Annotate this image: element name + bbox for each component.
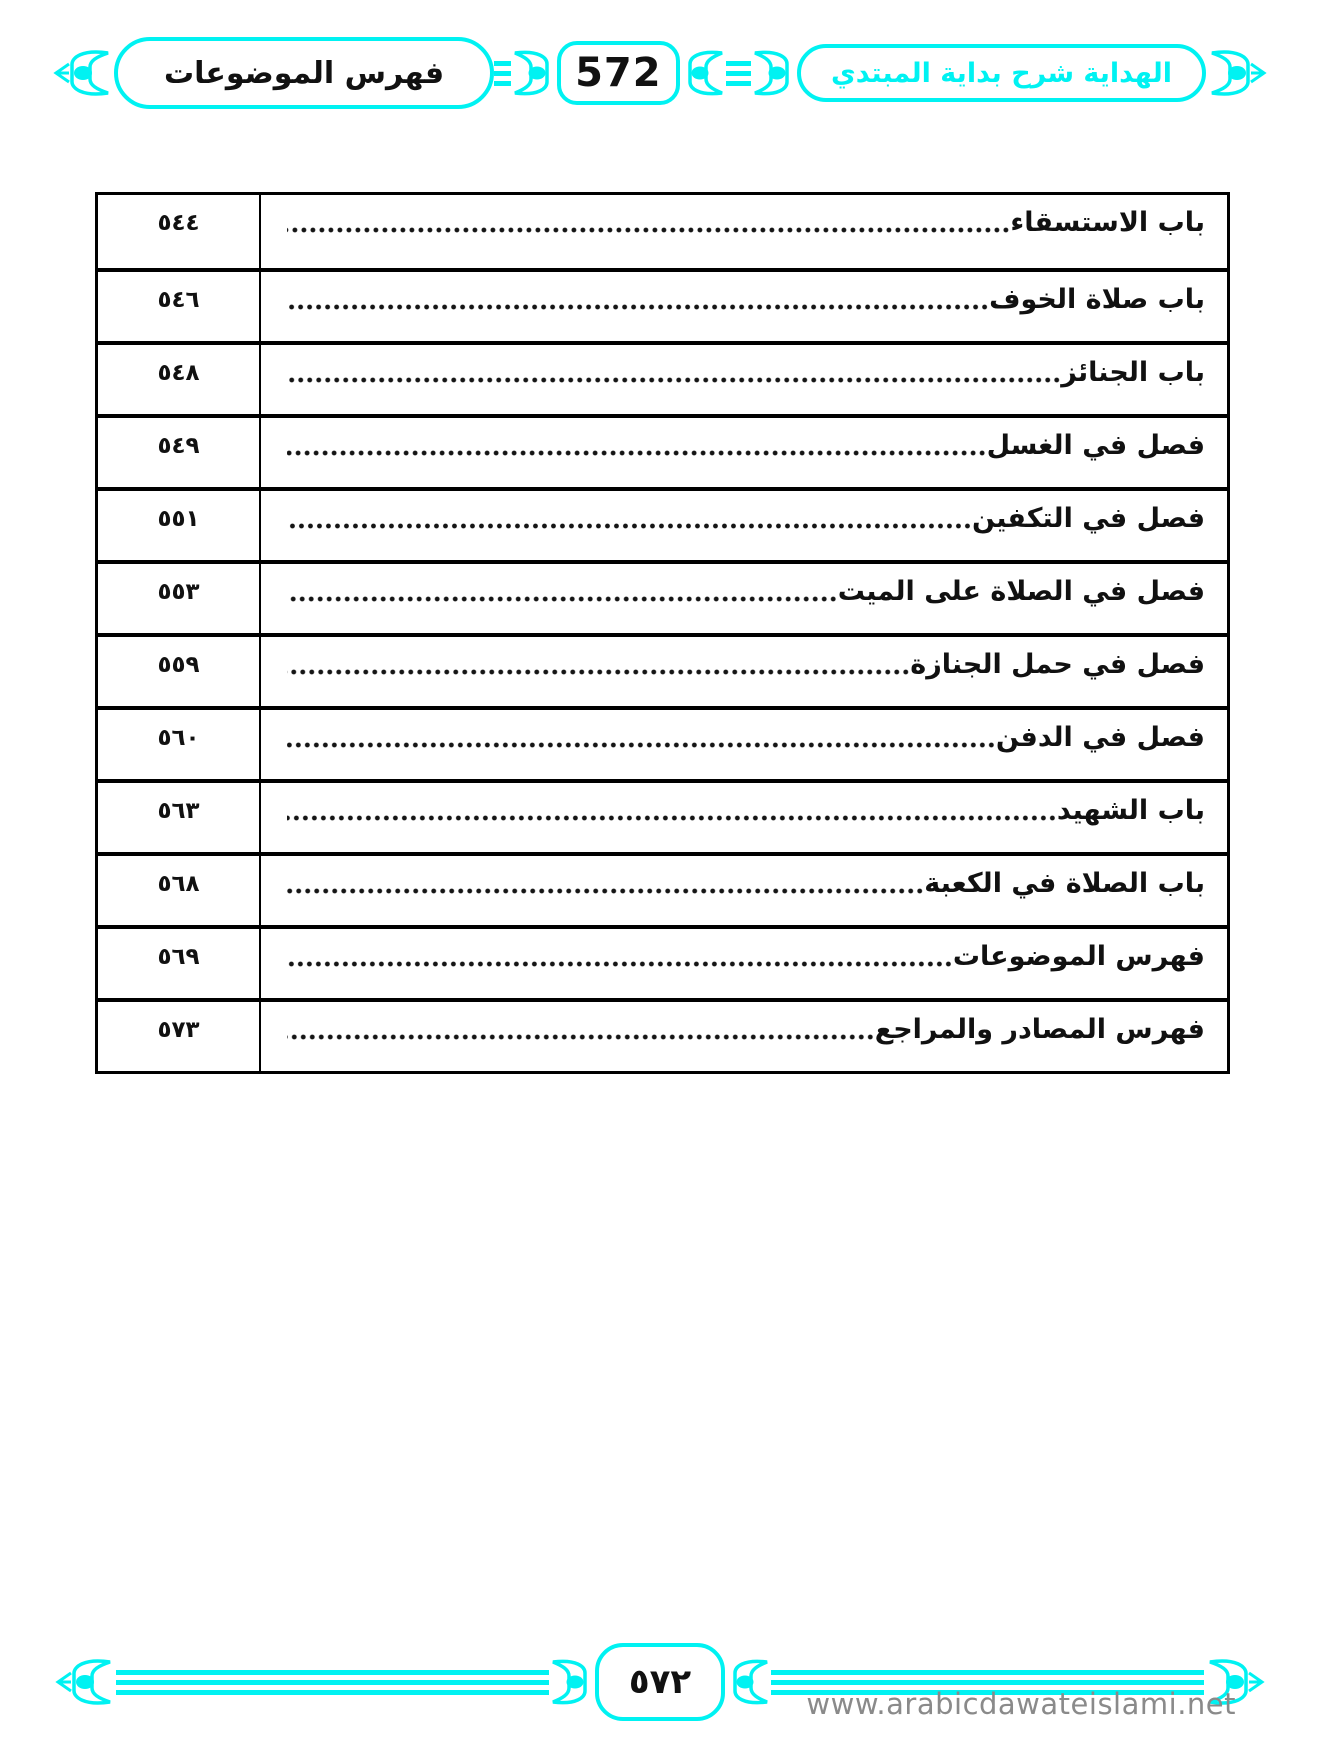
- toc-row: ٥٤٩ فصل في الغسل: [98, 414, 1227, 487]
- header-section-title: فهرس الموضوعات: [114, 37, 494, 109]
- toc-entry-title: فهرس الموضوعات: [953, 938, 1205, 976]
- toc-page-number: ٥٤٨: [98, 345, 261, 414]
- toc-page-number-text: ٥٤٤: [157, 210, 199, 236]
- footer-bracket-right-icon: [725, 1657, 771, 1707]
- toc-entry-title: باب الصلاة في الكعبة: [924, 865, 1205, 903]
- header-book-title: الهداية شرح بداية المبتدي: [797, 44, 1206, 102]
- dot-leader: [287, 669, 910, 675]
- toc-entry: فهرس الموضوعات: [261, 929, 1227, 998]
- toc-page-number: ٥٥١: [98, 491, 261, 560]
- header-rule-left: [494, 61, 511, 86]
- dot-leader: [287, 596, 838, 602]
- header-band: فهرس الموضوعات 572 الهداية شرح بداية الم…: [0, 34, 1320, 112]
- toc-row: ٥٦٣ باب الشهيد: [98, 779, 1227, 852]
- toc-page-number: ٥٦٩: [98, 929, 261, 998]
- toc-row: ٥٤٤ باب الاستسقاء: [98, 195, 1227, 268]
- toc-entry: فصل في الدفن: [261, 710, 1227, 779]
- header-right-arrow-ornament-icon: [1206, 46, 1268, 100]
- toc-page-number-text: ٥٤٩: [157, 433, 199, 459]
- dot-leader: [287, 1034, 875, 1040]
- toc-page-number-text: ٥٥١: [157, 506, 199, 532]
- header-bracket-book-icon: [751, 48, 797, 98]
- toc-entry-title: فصل في الغسل: [987, 427, 1205, 465]
- toc-entry: باب الاستسقاء: [261, 195, 1227, 268]
- toc-page-number: ٥٤٦: [98, 272, 261, 341]
- toc-entry: فصل في حمل الجنازة: [261, 637, 1227, 706]
- toc-row: ٥٥١ فصل في التكفين: [98, 487, 1227, 560]
- toc-entry: فصل في التكفين: [261, 491, 1227, 560]
- toc-page-number-text: ٥٦٠: [157, 725, 199, 751]
- toc-entry-title: باب الجنائز: [1061, 354, 1205, 392]
- toc-page-number: ٥٦٨: [98, 856, 261, 925]
- toc-entry-title: فهرس المصادر والمراجع: [875, 1011, 1205, 1049]
- toc-page-number-text: ٥٤٨: [157, 360, 199, 386]
- toc-page-number-text: ٥٦٣: [157, 798, 199, 824]
- toc-entry-title: فصل في حمل الجنازة: [910, 646, 1205, 684]
- dot-leader: [287, 304, 989, 310]
- toc-page-number: ٥٤٤: [98, 195, 261, 268]
- dot-leader: [287, 227, 1010, 233]
- toc-row: ٥٧٣ فهرس المصادر والمراجع: [98, 998, 1227, 1071]
- toc-row: ٥٥٣ فصل في الصلاة على الميت: [98, 560, 1227, 633]
- footer-page-number: ٥٧٢: [595, 1643, 725, 1721]
- toc-page-number-text: ٥٤٦: [157, 287, 199, 313]
- dot-leader: [287, 888, 924, 894]
- header-bracket-right-icon: [680, 48, 726, 98]
- toc-page-number: ٥٤٩: [98, 418, 261, 487]
- toc-page-number-text: ٥٦٩: [157, 944, 199, 970]
- footer-left-arrow-ornament-icon: [54, 1655, 116, 1709]
- dot-leader: [287, 377, 1061, 383]
- toc-entry-title: باب صلاة الخوف: [989, 281, 1205, 319]
- toc-page-number: ٥٥٩: [98, 637, 261, 706]
- toc-row: ٥٤٦ باب صلاة الخوف: [98, 268, 1227, 341]
- toc-page-number: ٥٦٠: [98, 710, 261, 779]
- toc-page-number: ٥٥٣: [98, 564, 261, 633]
- toc-page-number-text: ٥٥٩: [157, 652, 199, 678]
- dot-leader: [287, 815, 1057, 821]
- toc-row: ٥٦٠ فصل في الدفن: [98, 706, 1227, 779]
- toc-row: ٥٥٩ فصل في حمل الجنازة: [98, 633, 1227, 706]
- toc-entry-title: باب الاستسقاء: [1010, 204, 1205, 242]
- footer-bracket-left-icon: [549, 1657, 595, 1707]
- website-url: www.arabicdawateislami.net: [806, 1687, 1236, 1721]
- book-page: فهرس الموضوعات 572 الهداية شرح بداية الم…: [0, 0, 1320, 1751]
- toc-entry-title: باب الشهيد: [1057, 792, 1205, 830]
- toc-entry: باب الشهيد: [261, 783, 1227, 852]
- toc-entry-title: فصل في الدفن: [996, 719, 1205, 757]
- toc-entry: باب الصلاة في الكعبة: [261, 856, 1227, 925]
- toc-page-number-text: ٥٦٨: [157, 871, 199, 897]
- header-page-number: 572: [557, 41, 680, 105]
- toc-entry: فهرس المصادر والمراجع: [261, 1002, 1227, 1071]
- toc-row: ٥٦٩ فهرس الموضوعات: [98, 925, 1227, 998]
- toc-table: ٥٤٤ باب الاستسقاء ٥٤٦ باب صلاة الخوف ٥٤٨…: [95, 192, 1230, 1074]
- toc-entry-title: فصل في الصلاة على الميت: [838, 573, 1205, 611]
- toc-page-number-text: ٥٧٣: [157, 1017, 199, 1043]
- toc-entry-title: فصل في التكفين: [972, 500, 1205, 538]
- dot-leader: [287, 523, 972, 529]
- toc-entry: فصل في الغسل: [261, 418, 1227, 487]
- toc-page-number: ٥٦٣: [98, 783, 261, 852]
- toc-row: ٥٦٨ باب الصلاة في الكعبة: [98, 852, 1227, 925]
- dot-leader: [287, 742, 996, 748]
- toc-entry: باب الجنائز: [261, 345, 1227, 414]
- toc-page-number-text: ٥٥٣: [157, 579, 199, 605]
- dot-leader: [287, 450, 987, 456]
- toc-page-number: ٥٧٣: [98, 1002, 261, 1071]
- header-bracket-left-icon: [511, 48, 557, 98]
- toc-entry: فصل في الصلاة على الميت: [261, 564, 1227, 633]
- toc-entry: باب صلاة الخوف: [261, 272, 1227, 341]
- toc-row: ٥٤٨ باب الجنائز: [98, 341, 1227, 414]
- dot-leader: [287, 961, 953, 967]
- header-left-arrow-ornament-icon: [52, 46, 114, 100]
- header-rule-right: [726, 61, 751, 86]
- footer-rule-left: [116, 1670, 549, 1695]
